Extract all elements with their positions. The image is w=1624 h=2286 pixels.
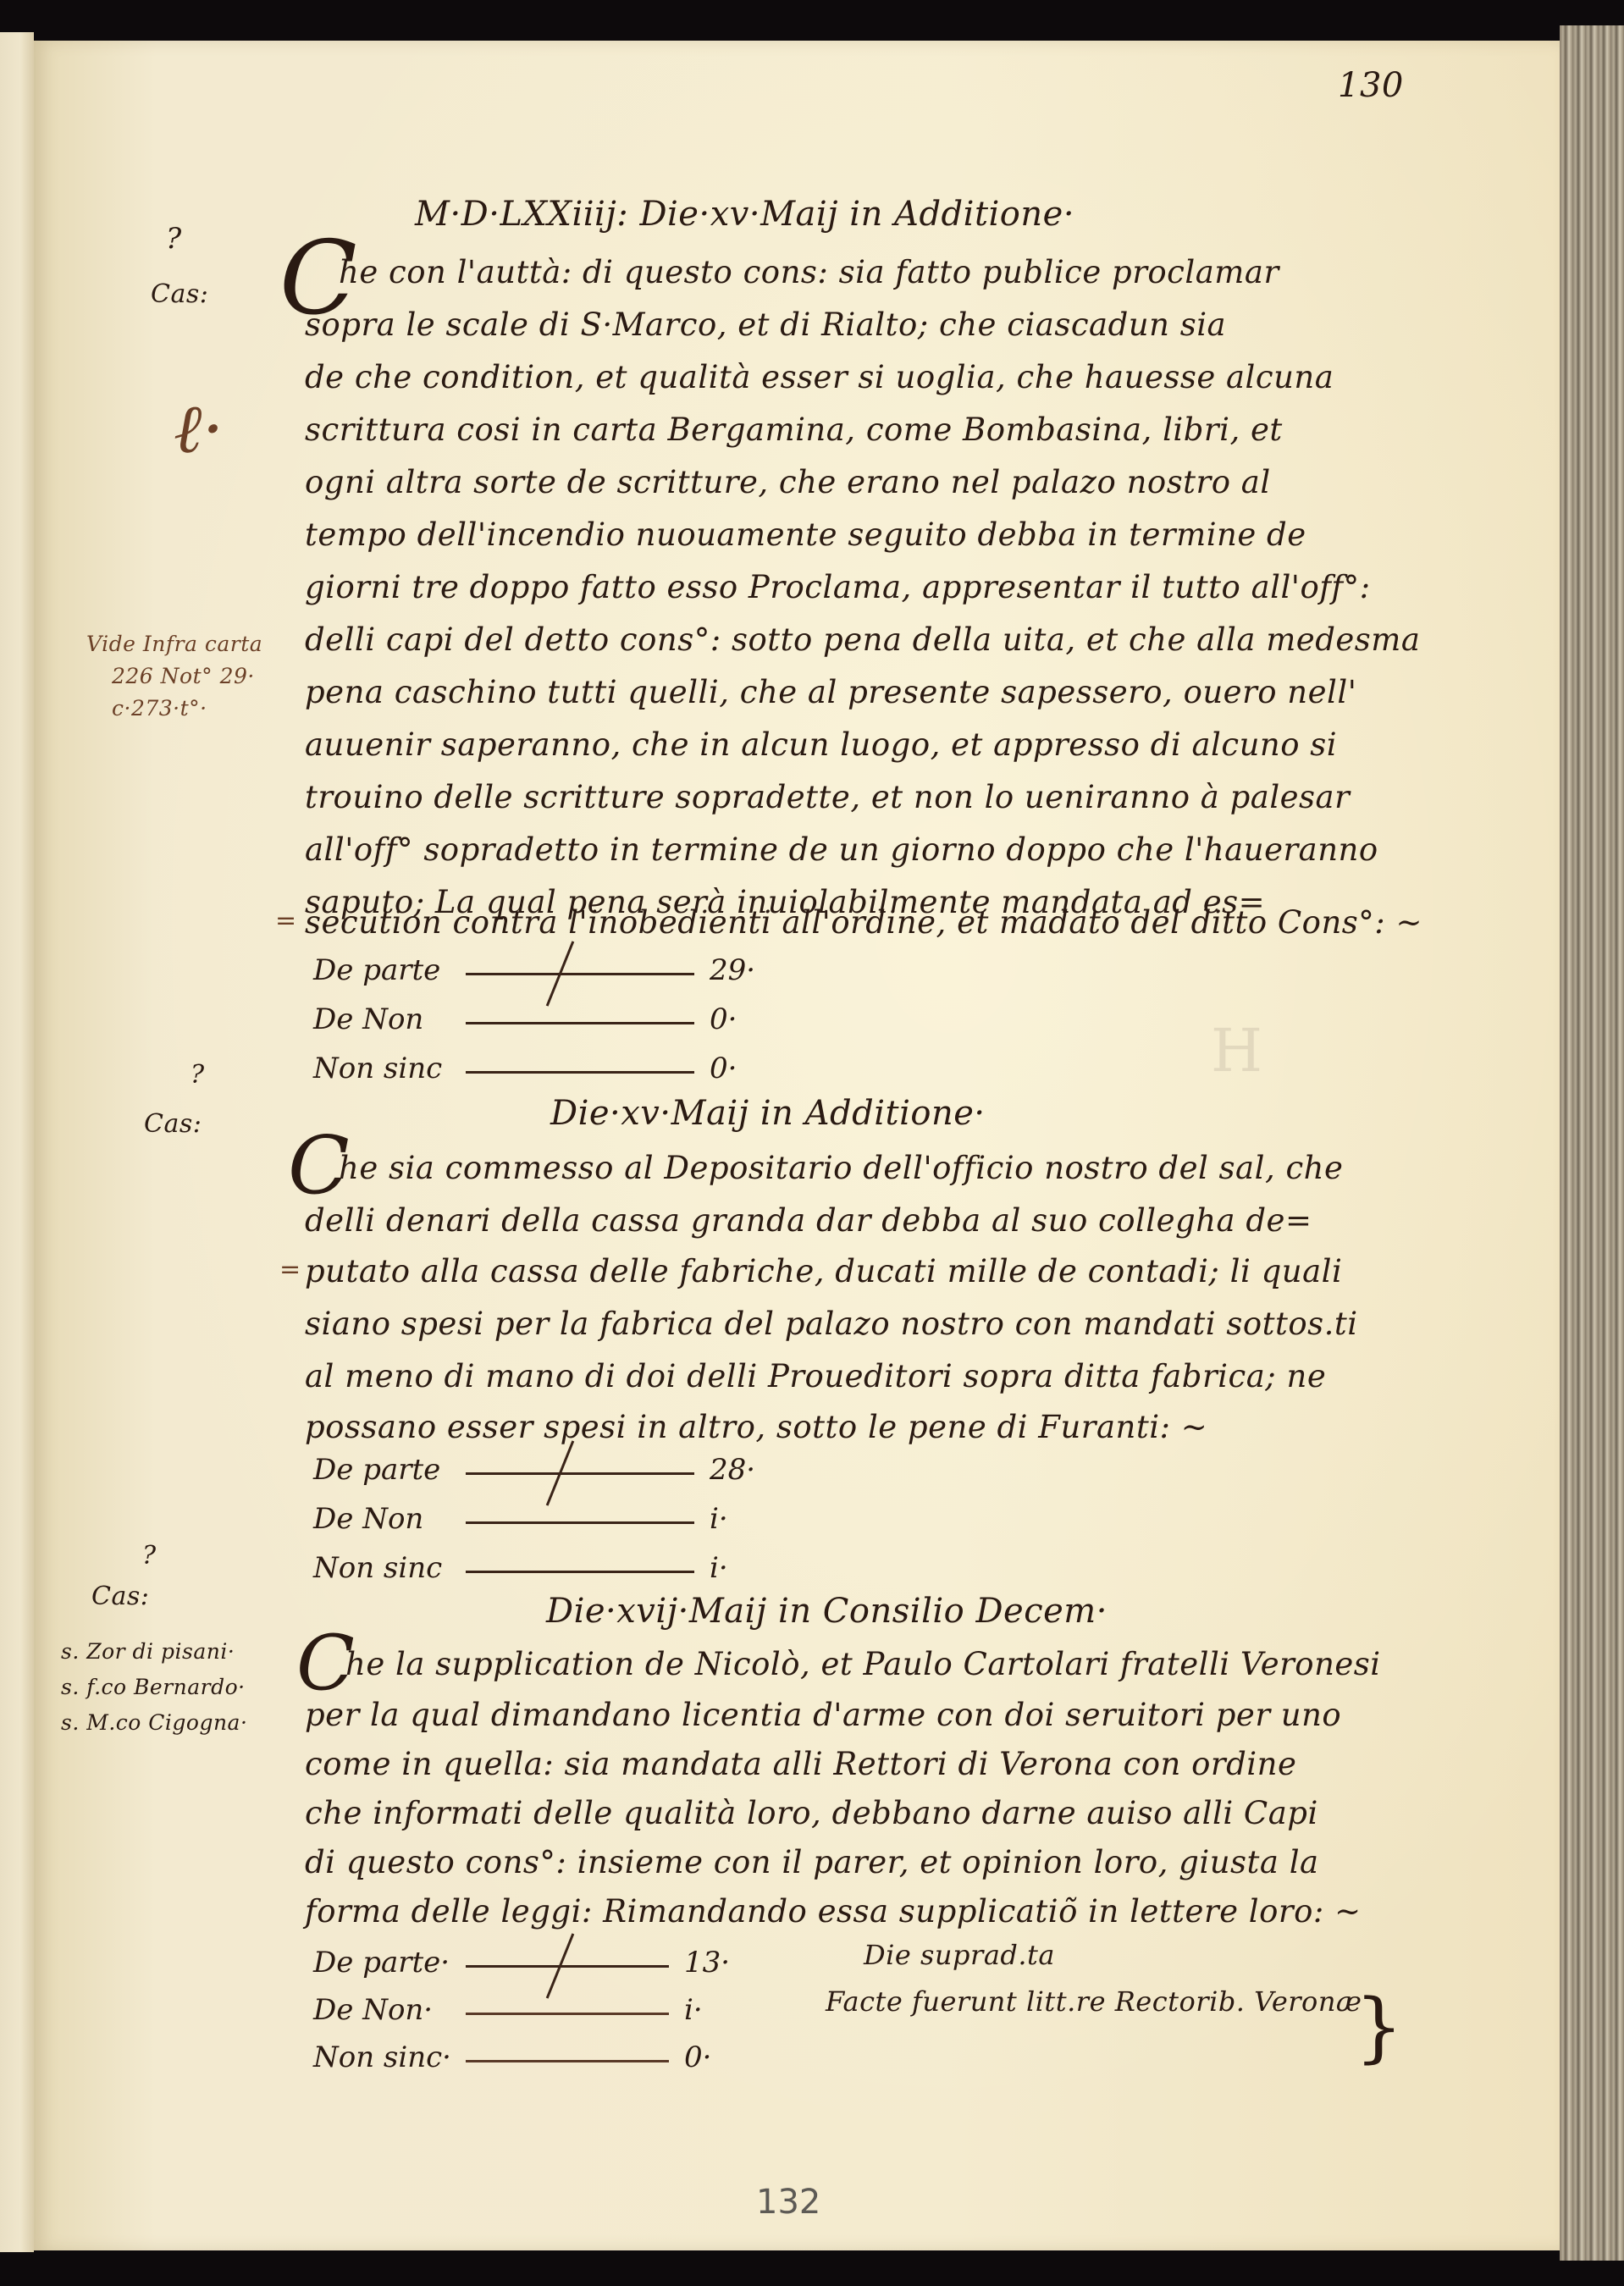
vote-rule <box>466 1521 694 1524</box>
entry-3-line: di questo cons°: insieme con il parer, e… <box>305 1844 1319 1880</box>
vote-label: Non sinc <box>313 1052 466 1085</box>
vote-rule <box>466 2060 669 2062</box>
book-fore-edge <box>1560 25 1624 2261</box>
pencil-foliation: 132 <box>756 2183 820 2222</box>
entry-2-line: al meno di mano di doi delli Proueditori… <box>305 1358 1326 1394</box>
entry-3-margin-mark: ? <box>142 1541 157 1571</box>
entry-2-vote-row: Non sinc i· <box>313 1538 728 1585</box>
entry-2-line: siano spesi per la fabrica del palazo no… <box>305 1306 1358 1342</box>
entry-2-heading: Die·xv·Maij in Additione· <box>550 1094 986 1133</box>
vote-rule <box>466 1071 694 1074</box>
entry-1-line: tempo dell'incendio nuouamente seguito d… <box>305 516 1306 553</box>
vote-label: Non sinc <box>313 1551 466 1585</box>
margin-note-line: s. Zor di pisani· <box>61 1634 247 1670</box>
vote-label: De parte· <box>313 1946 466 1980</box>
entry-1-line: delli capi del detto cons°: sotto pena d… <box>305 621 1420 658</box>
entry-2-line: delli denari della cassa granda dar debb… <box>305 1202 1312 1239</box>
vote-count: 0· <box>710 1052 737 1085</box>
vote-rule <box>466 973 694 975</box>
entry-3-heading: Die·xvij·Maij in Consilio Decem· <box>546 1592 1108 1631</box>
bleedthrough-letter: H <box>1211 1016 1262 1085</box>
entry-2-line: putato alla cassa delle fabriche, ducati… <box>305 1253 1342 1289</box>
closing-brace: } <box>1355 1990 1403 2066</box>
entry-3-line: che informati delle qualità loro, debban… <box>305 1795 1318 1831</box>
vote-label: De Non· <box>313 1993 466 2027</box>
entry-1-line-mark: = <box>275 906 297 936</box>
entry-1-line: auuenir saperanno, che in alcun luogo, e… <box>305 726 1337 763</box>
entry-3-vote-row: De parte· 13· <box>313 1932 730 1980</box>
entry-1-line: trouino delle scritture sopradette, et n… <box>305 779 1350 815</box>
vote-label: Non sinc· <box>313 2040 466 2074</box>
vote-rule <box>466 1571 694 1573</box>
vote-rule <box>466 1472 694 1475</box>
vote-count: 0· <box>684 2040 711 2074</box>
vote-count: 28· <box>710 1453 755 1487</box>
entry-1-line: giorni tre doppo fatto esso Proclama, ap… <box>305 569 1371 605</box>
entry-1-line: he con l'auttà: di questo cons: sia fatt… <box>339 254 1279 290</box>
entry-3-margin-label: Cas: <box>91 1582 149 1611</box>
entry-3-line: forma delle leggi: Rimandando essa suppl… <box>305 1893 1362 1930</box>
entry-2-margin-label: Cas: <box>144 1109 202 1139</box>
vote-label: De Non <box>313 1002 466 1036</box>
entry-1-vote-row: De parte 29· <box>313 940 755 987</box>
margin-note-line: c·273·t°· <box>86 693 262 725</box>
entry-3-line: per la qual dimandano licentia d'arme co… <box>305 1697 1341 1733</box>
entry-2-vote-row: De Non i· <box>313 1488 728 1536</box>
entry-1-line: all'off° sopradetto in termine de un gio… <box>305 831 1378 868</box>
entry-2-vote-row: De parte 28· <box>313 1439 755 1487</box>
entry-3-vote-row: De Non· i· <box>313 1980 703 2027</box>
margin-note-line: s. M.co Cigogna· <box>61 1705 247 1741</box>
entry-3-side-note-date: Die suprad.ta <box>864 1939 1055 1971</box>
entry-1-line: de che condition, et qualità esser si uo… <box>305 359 1334 395</box>
vote-label: De parte <box>313 953 466 987</box>
entry-2-line: he sia commesso al Depositario dell'offi… <box>339 1150 1343 1186</box>
entry-3-line: he la supplication de Nicolò, et Paulo C… <box>345 1646 1381 1682</box>
vote-rule <box>466 2013 669 2015</box>
entry-1-margin-siglum: ℓ· <box>174 389 224 469</box>
vote-count: 13· <box>684 1946 730 1980</box>
entry-1-line: pena caschino tutti quelli, che al prese… <box>305 674 1356 710</box>
entry-3-line: come in quella: sia mandata alli Rettori… <box>305 1746 1296 1782</box>
entry-1-line: secution contra l'inobedienti all'ordine… <box>305 904 1422 941</box>
folio-number: 130 <box>1338 66 1404 105</box>
vote-count: i· <box>684 1993 703 2027</box>
entry-3-side-note-letters: Facte fuerunt litt.re Rectorib. Veronæ <box>826 1985 1362 2018</box>
margin-note-line: s. f.co Bernardo· <box>61 1670 247 1705</box>
entry-1-vote-row: Non sinc 0· <box>313 1038 737 1085</box>
entry-3-vote-row: Non sinc· 0· <box>313 2027 711 2074</box>
entry-1-vote-row: De Non 0· <box>313 989 737 1036</box>
entry-1-margin-note: Vide Infra carta 226 Not° 29· c·273·t°· <box>86 628 262 725</box>
margin-note-line: 226 Not° 29· <box>86 660 262 693</box>
entry-1-line: ogni altra sorte de scritture, che erano… <box>305 464 1271 500</box>
margin-note-line: Vide Infra carta <box>86 628 262 660</box>
vote-count: i· <box>710 1502 728 1536</box>
vote-rule <box>466 1022 694 1024</box>
entry-1-margin-label: Cas: <box>151 279 208 309</box>
entry-1-line: sopra le scale di S·Marco, et di Rialto;… <box>305 306 1226 343</box>
vote-rule <box>466 1965 669 1968</box>
vote-count: 29· <box>710 953 755 987</box>
vote-label: De Non <box>313 1502 466 1536</box>
entry-2-line-mark: = <box>279 1255 301 1284</box>
entry-1-line: scrittura cosi in carta Bergamina, come … <box>305 411 1283 448</box>
entry-3-margin-note: s. Zor di pisani· s. f.co Bernardo· s. M… <box>61 1634 247 1741</box>
facing-page-edge <box>0 32 34 2252</box>
vote-count: i· <box>710 1551 728 1585</box>
vote-count: 0· <box>710 1002 737 1036</box>
entry-1-heading: M·D·LXXiiij: Die·xv·Maij in Additione· <box>415 195 1074 234</box>
vote-label: De parte <box>313 1453 466 1487</box>
entry-2-margin-mark: ? <box>191 1060 205 1090</box>
entry-1-margin-mark: ? <box>166 222 182 256</box>
